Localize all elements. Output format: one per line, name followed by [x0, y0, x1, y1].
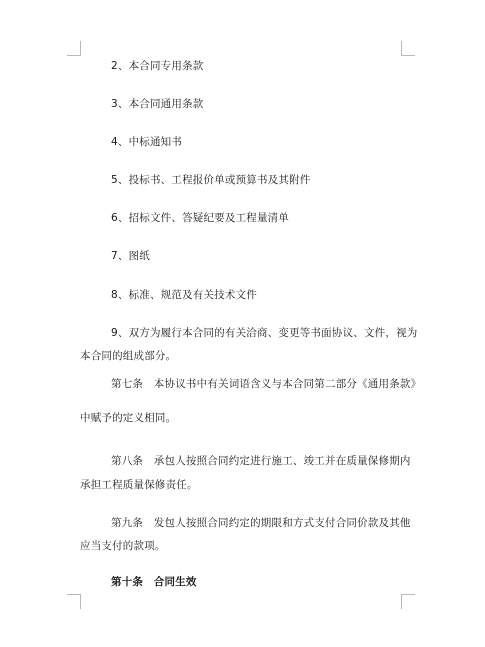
paragraph-item-9-line-1: 9、双方为履行本合同的有关洽商、变更等书面协议、文件，视为	[111, 326, 401, 340]
margin-corner-bottom-left	[67, 594, 81, 609]
paragraph-article-8-line-1: 第八条 承包人按照合同约定进行施工、竣工并在质量保修期内	[111, 454, 401, 468]
list-item-8: 8、标准、规范及有关技术文件	[111, 288, 257, 302]
list-item-2: 2、本合同专用条款	[111, 59, 203, 73]
document-page: 2、本合同专用条款 3、本合同通用条款 4、中标通知书 5、投标书、工程报价单或…	[0, 0, 485, 647]
margin-corner-top-left	[67, 41, 81, 56]
paragraph-article-7-line-1: 第七条 本协议书中有关词语含义与本合同第二部分《通用条款》	[111, 377, 401, 391]
list-item-3: 3、本合同通用条款	[111, 97, 203, 111]
paragraph-article-7-line-2: 中赋予的定义相同。	[80, 411, 176, 425]
list-item-4: 4、中标通知书	[111, 135, 182, 149]
paragraph-article-8-line-2: 承担工程质量保修责任。	[80, 478, 198, 492]
list-item-6: 6、招标文件、答疑纪要及工程量清单	[111, 211, 289, 225]
list-item-5: 5、投标书、工程报价单或预算书及其附件	[111, 173, 310, 187]
section-heading-article-10: 第十条 合同生效	[111, 575, 197, 589]
list-item-7: 7、图纸	[111, 249, 150, 263]
margin-corner-top-right	[401, 41, 415, 56]
margin-corner-bottom-right	[401, 594, 415, 609]
paragraph-article-9-line-2: 应当支付的款项。	[80, 539, 166, 553]
paragraph-item-9-line-2: 本合同的组成部分。	[80, 349, 176, 363]
paragraph-article-9-line-1: 第九条 发包人按照合同约定的期限和方式支付合同价款及其他	[111, 516, 401, 530]
